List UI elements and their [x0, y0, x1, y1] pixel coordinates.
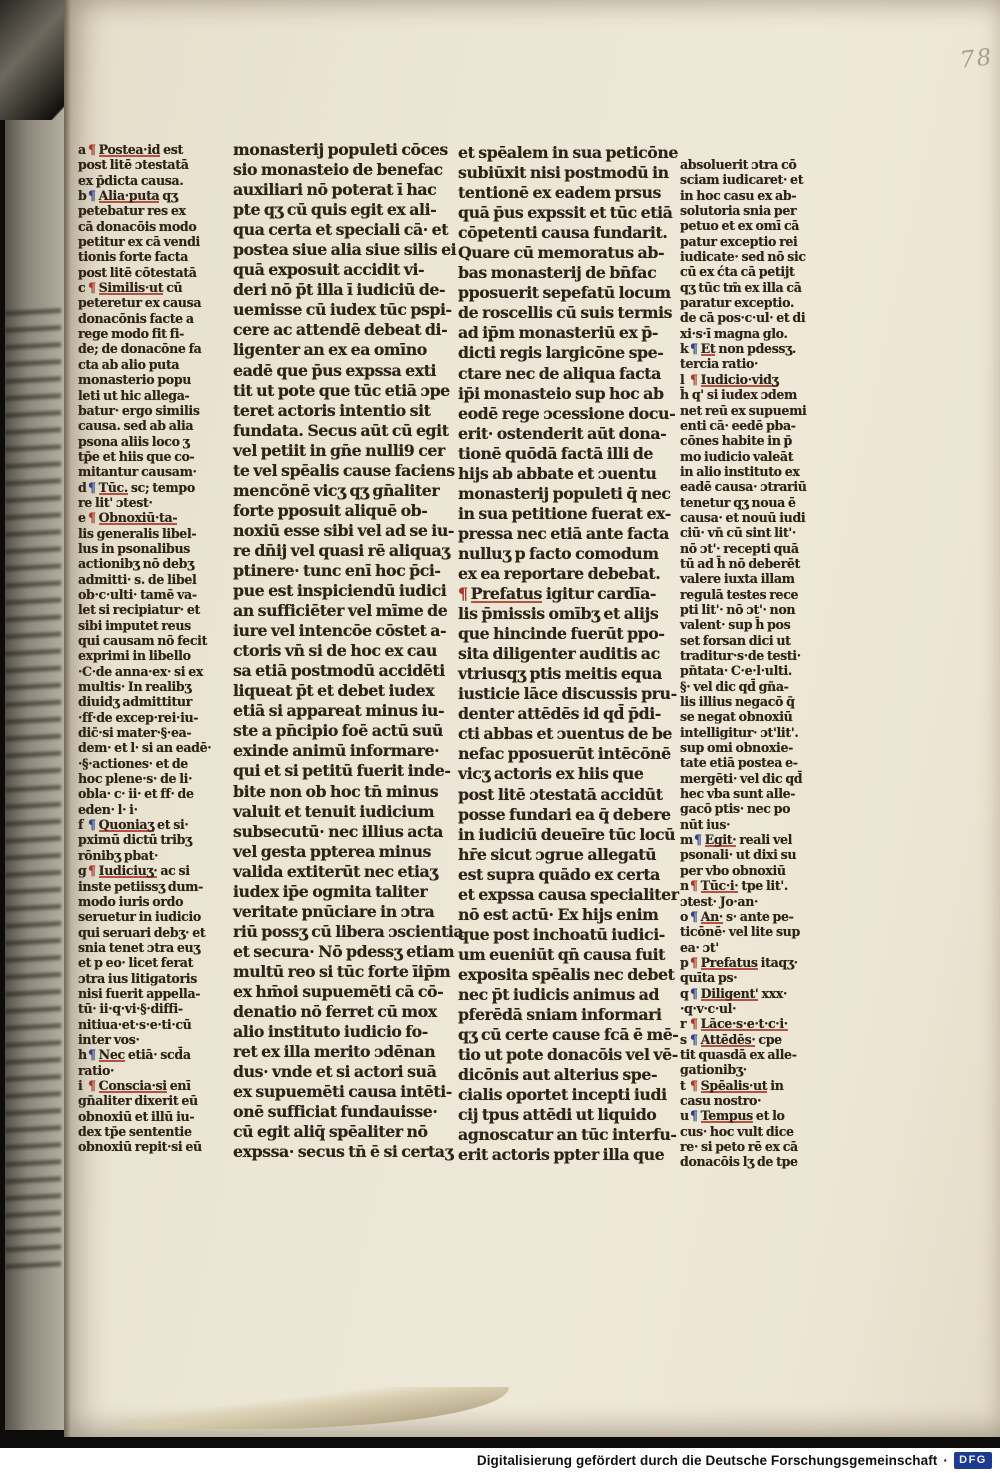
- line-text: et p eo· licet ferat: [78, 955, 193, 970]
- pilcrow-icon: ¶: [690, 341, 698, 356]
- line-text: admitti· s. de libel: [78, 572, 197, 587]
- text-line: dus· vnde et si actori suā: [233, 1062, 435, 1082]
- line-text: etiā si appareat minus iu-: [233, 701, 444, 720]
- pilcrow-icon: ¶: [694, 832, 702, 847]
- text-line: auxiliari nō poterat ī hac: [233, 180, 435, 200]
- line-text: tate etiā postea e-: [680, 755, 798, 770]
- footer-credit-text: Digitalisierung gefördert durch die Deut…: [477, 1453, 938, 1468]
- text-line: hijs ab abbate et ɔuentu: [458, 464, 660, 484]
- line-text: teret actoris intentio sit: [233, 401, 430, 420]
- text-line: rōnibʒ pbat·: [78, 848, 190, 863]
- line-text: modo iuris ordo: [78, 894, 183, 909]
- text-line: obla· c· ii· et ff· de: [78, 786, 190, 801]
- line-text: net reū ex supuemi: [680, 403, 807, 418]
- line-text: cere ac attendē debeat di-: [233, 320, 447, 339]
- pilcrow-icon: ¶: [690, 955, 698, 970]
- text-line: post litē cōtestatā: [78, 265, 190, 280]
- line-text: pn̄tata· C·e·l·ulti.: [680, 663, 792, 678]
- text-line: let si recipiatur· et: [78, 602, 190, 617]
- text-line: iudex ip̄e ogmita taliter: [233, 882, 435, 902]
- text-line: expssa· secus tn̄ ē si certaʒ: [233, 1142, 435, 1162]
- pilcrow-icon: ¶: [88, 1078, 96, 1093]
- margin-letter: e: [78, 510, 87, 525]
- line-text: tentionē ex eadem prsus: [458, 183, 661, 202]
- margin-letter: m: [680, 832, 693, 847]
- line-text: pferēdā sniam informari: [458, 1005, 662, 1024]
- text-line: r¶Lāce·s·e·t·c·i·: [680, 1016, 840, 1031]
- line-text: ex hm̄oi supuemēti cā cō-: [233, 982, 443, 1001]
- line-text: Spēalis·ut in: [701, 1078, 784, 1093]
- line-text: um eueniūt qn̄ causa fuit: [458, 945, 665, 964]
- lemma-word: Nec: [99, 1047, 125, 1062]
- line-text: deri nō p̄t illa ī iudiciū de-: [233, 280, 445, 299]
- text-line: tio ut pote donacōis vel vē-: [458, 1045, 660, 1065]
- text-line: denter attēdēs id qd̄ p̄di-: [458, 704, 660, 724]
- text-line: ciū· vn̄ cū sint lit'·: [680, 525, 840, 540]
- line-text: regulā testes rece: [680, 587, 798, 602]
- line-text: eodē rege ɔcessione docu-: [458, 404, 675, 423]
- text-line: tit quasdā ex alle-: [680, 1047, 840, 1062]
- text-line: ex supuemēti causa intēti-: [233, 1082, 435, 1102]
- text-line: tentionē ex eadem prsus: [458, 183, 660, 203]
- margin-letter: p: [680, 955, 689, 970]
- margin-letter: i: [78, 1078, 87, 1093]
- line-text: de roscellis cū suis termis: [458, 303, 672, 322]
- line-text: §· vel dic qd̄ gn̄a-: [680, 679, 789, 694]
- line-text: absoluerit ɔtra cō: [680, 157, 796, 172]
- line-text: sibi imputet reus: [78, 618, 191, 633]
- text-line: casu nostro·: [680, 1093, 840, 1108]
- line-text: gationibʒ·: [680, 1062, 747, 1077]
- line-text: Iudicio·vidʒ: [701, 372, 779, 387]
- text-line: et spēalem in sua peticōne: [458, 143, 660, 163]
- line-text: mergēti· vel dic qd̄: [680, 771, 802, 786]
- text-line: ɔtest· Jo·an·: [680, 894, 840, 909]
- line-text: exposita spēalis nec debet: [458, 965, 674, 984]
- line-text: eadē causa· ɔtrariū: [680, 479, 807, 494]
- line-text: bite non ob hoc tn̄ minus: [233, 782, 438, 801]
- line-text: donacōnis facte a: [78, 311, 194, 326]
- text-line: batur· ergo similis: [78, 403, 190, 418]
- text-line: bas monasterij de bn̄fac: [458, 263, 660, 283]
- text-line: h̄ q' si iudex ɔdem: [680, 387, 840, 402]
- line-text: ·q·v·c·ul·: [680, 1001, 736, 1016]
- text-line: obnoxiū et illū iu-: [78, 1109, 190, 1124]
- line-text: mo iudicio valeāt: [680, 449, 793, 464]
- text-line: denatio nō ferret cū mox: [233, 1002, 435, 1022]
- text-line: ¶Prefatus igitur cardīa-: [458, 584, 660, 604]
- line-text: Similis·ut cū: [99, 280, 183, 295]
- text-line: c¶Similis·ut cū: [78, 280, 190, 295]
- line-text: solutoria snia per: [680, 203, 796, 218]
- text-line: iudicate· sed nō sic: [680, 249, 840, 264]
- line-text: et expssa causa specialiter: [458, 885, 679, 904]
- line-text: let si recipiatur· et: [78, 602, 200, 617]
- line-text: nulluʒ p facto comodum: [458, 544, 659, 563]
- text-line: nō est actū· Ex hijs enim: [458, 905, 660, 925]
- margin-letter: c: [78, 280, 87, 295]
- line-text: obla· c· ii· et ff· de: [78, 786, 194, 801]
- line-text: iure vel intencōe cōstet a-: [233, 621, 446, 640]
- line-text: obnoxiū repit·si eū: [78, 1139, 202, 1154]
- line-text: auxiliari nō poterat ī hac: [233, 180, 436, 199]
- line-text: quā p̄us expssit et tūc etiā: [458, 203, 672, 222]
- lemma-word: Prefatus: [471, 584, 542, 603]
- text-line: tercia ratio·: [680, 356, 840, 371]
- showthrough-text-smudge: [5, 305, 61, 1275]
- margin-letter: n: [680, 878, 689, 893]
- text-line: te vel spēalis cause faciens: [233, 461, 435, 481]
- text-line: lus in psonalibus: [78, 541, 190, 556]
- text-line: hr̄e sicut ɔgrue allegatū: [458, 845, 660, 865]
- line-text: Alia·puta qʒ: [99, 188, 178, 203]
- text-line: ret ex illa merito ɔdēnan: [233, 1042, 435, 1062]
- text-line: ea· ɔt': [680, 940, 840, 955]
- line-text: Attēdēs· cpe: [701, 1032, 782, 1047]
- line-text: gn̄aliter dixerit eū: [78, 1093, 198, 1108]
- pilcrow-icon: ¶: [88, 142, 96, 157]
- text-line: que hincinde fuerūt ppo-: [458, 624, 660, 644]
- text-line: ·C·de anna·ex· si ex: [78, 664, 190, 679]
- margin-letter: s: [680, 1032, 689, 1047]
- text-line: tp̄e et hiis que co-: [78, 449, 190, 464]
- line-text: liqueat p̄t et debet iudex: [233, 681, 434, 700]
- text-line: Quare cū memoratus ab-: [458, 243, 660, 263]
- line-text: lis generalis libel-: [78, 526, 196, 541]
- text-line: ·§·actiones· et de: [78, 756, 190, 771]
- text-line: qʒ cū certe cause fcā ē mē-: [458, 1025, 660, 1045]
- text-line: ip̄i monasteio sup hoc ab: [458, 384, 660, 404]
- pilcrow-icon: ¶: [88, 510, 96, 525]
- text-line: pximū dictū tribʒ: [78, 832, 190, 847]
- line-text: pressa nec etiā ante facta: [458, 524, 669, 543]
- line-text: cij tpus attēdi ut liquido: [458, 1105, 656, 1124]
- text-line: ·ff·de excep·rei·iu-: [78, 710, 190, 725]
- line-text: Et non pdessʒ.: [701, 341, 796, 356]
- text-line: tionis forte facta: [78, 249, 190, 264]
- folio-number: 78: [959, 44, 995, 73]
- gloss-column-right: absoluerit ɔtra cōsciam iudicaret· etin …: [680, 157, 840, 1170]
- line-text: est supra quādo ex certa: [458, 865, 660, 884]
- text-line: seruetur in iudicio: [78, 909, 190, 924]
- text-line: an sufficiēter vel mīme de: [233, 601, 435, 621]
- line-text: Tūc·i· tpe lit'.: [701, 878, 788, 893]
- line-text: noxiū esse sibi vel ad se iu-: [233, 521, 454, 540]
- line-text: causa. sed ab alia: [78, 418, 193, 433]
- line-text: ret ex illa merito ɔdēnan: [233, 1042, 435, 1061]
- line-text: eadē que p̄us expssa exti: [233, 361, 436, 380]
- text-line: monasterij populeti cōces: [233, 140, 435, 160]
- line-text: nō est actū· Ex hijs enim: [458, 905, 658, 924]
- line-text: actionibʒ nō debʒ: [78, 556, 194, 571]
- text-line: q¶Diligent' xxx·: [680, 986, 840, 1001]
- text-line: nec p̄t iudicis animus ad: [458, 985, 660, 1005]
- text-line: erit actoris ppter illa que: [458, 1145, 660, 1165]
- lemma-word: Diligent': [701, 986, 759, 1001]
- text-line: m¶Egit· reali vel: [680, 832, 840, 847]
- line-text: An· s· ante pe-: [701, 909, 794, 924]
- line-text: qʒ cū certe cause fcā ē mē-: [458, 1025, 678, 1044]
- line-text: ctoris vn̄ si de hoc ex cau: [233, 641, 437, 660]
- line-text: vtriusqʒ ptis meitis equa: [458, 664, 662, 683]
- lemma-word: Prefatus: [701, 955, 758, 970]
- line-text: petitur ex cā vendi: [78, 234, 200, 249]
- text-line: pte qʒ cū quis egit ex ali-: [233, 200, 435, 220]
- text-line: dicti regis largicōne spe-: [458, 343, 660, 363]
- margin-letter: h: [78, 1047, 87, 1062]
- text-line: gn̄aliter dixerit eū: [78, 1093, 190, 1108]
- line-text: fundata. Secus aūt cū egit: [233, 421, 449, 440]
- line-text: valida extiterūt nec etiaʒ: [233, 862, 438, 881]
- line-text: ex p̄dicta causa.: [78, 173, 183, 188]
- line-text: ex ea reportare debebat.: [458, 564, 660, 583]
- text-line: s¶Attēdēs· cpe: [680, 1032, 840, 1047]
- line-text: ratio·: [78, 1063, 114, 1078]
- line-text: inste petiissʒ dum-: [78, 879, 203, 894]
- line-text: dus· vnde et si actori suā: [233, 1062, 436, 1081]
- text-line: g¶Iudiciuʒ· ac si: [78, 863, 190, 878]
- line-text: post litē ɔtestatā: [78, 157, 189, 172]
- text-line: cij tpus attēdi ut liquido: [458, 1105, 660, 1125]
- text-line: et expssa causa specialiter: [458, 885, 660, 905]
- text-line: tate etiā postea e-: [680, 755, 840, 770]
- pilcrow-icon: ¶: [690, 372, 698, 387]
- text-line: qua certa et speciali cā· et: [233, 220, 435, 240]
- text-line: et p eo· licet ferat: [78, 955, 190, 970]
- gutter-shadow: [64, 0, 71, 1437]
- text-line: paratur exceptio.: [680, 295, 840, 310]
- line-text: multū reo si tūc forte īip̄m: [233, 962, 450, 981]
- line-text: patur exceptio rei: [680, 234, 797, 249]
- text-line: traditur·s·de testi·: [680, 648, 840, 663]
- line-text: cū ex ćta cā petijt: [680, 264, 795, 279]
- text-line: lis illius negacō q̄: [680, 694, 840, 709]
- text-line: xi·s·ī magna glo.: [680, 326, 840, 341]
- line-text: set forsan dici ut: [680, 633, 791, 648]
- line-text: Prefatus igitur cardīa-: [471, 584, 656, 603]
- line-text: Nec etiā· scd̄a: [99, 1047, 191, 1062]
- text-line: quā exposuit accidit vi-: [233, 260, 435, 280]
- line-text: nitiua·et·s·e·ti·cū: [78, 1017, 192, 1032]
- text-line: riū possʒ cū libera ɔscientia: [233, 922, 435, 942]
- line-text: ciū· vn̄ cū sint lit'·: [680, 525, 796, 540]
- text-line: ctoris vn̄ si de hoc ex cau: [233, 641, 435, 661]
- text-line: deri nō p̄t illa ī iudiciū de-: [233, 280, 435, 300]
- text-line: liqueat p̄t et debet iudex: [233, 681, 435, 701]
- text-line: posse fundari ea q̄ debere: [458, 805, 660, 825]
- text-line: nefac pposuerūt intēcōnē: [458, 744, 660, 764]
- text-line: inste petiissʒ dum-: [78, 879, 190, 894]
- line-text: mitantur causam·: [78, 464, 197, 479]
- text-line: qui causam nō fecit: [78, 633, 190, 648]
- line-text: Postea·id est: [99, 142, 183, 157]
- line-text: Egit· reali vel: [705, 832, 792, 847]
- pilcrow-icon: ¶: [88, 1047, 96, 1062]
- line-text: qui seruari debʒ· et: [78, 925, 205, 940]
- text-line: nisi fuerit appella-: [78, 986, 190, 1001]
- line-text: que hincinde fuerūt ppo-: [458, 624, 664, 643]
- text-line: set forsan dici ut: [680, 633, 840, 648]
- text-line: qui seruari debʒ· et: [78, 925, 190, 940]
- text-column-left: monasterij populeti cōcessio monasteio d…: [233, 140, 435, 1162]
- line-text: alio instituto iudicio fo-: [233, 1022, 428, 1041]
- text-line: e¶Obnoxiū·ta-: [78, 510, 190, 525]
- line-text: cus· hoc vult dice: [680, 1124, 794, 1139]
- text-line: veritate pnūciare in ɔtra: [233, 902, 435, 922]
- line-text: qui et si petitū fuerit inde-: [233, 761, 451, 780]
- line-text: monasterio popu: [78, 372, 191, 387]
- line-text: pposuerit sepefatū locum: [458, 283, 671, 302]
- text-line: hoc plene·s· de li·: [78, 771, 190, 786]
- line-text: iudicate· sed nō sic: [680, 249, 806, 264]
- line-text: donacōis lʒ de tpe: [680, 1154, 798, 1169]
- line-text: ob·c·ulti· tamē va-: [78, 587, 197, 602]
- text-line: mergēti· vel dic qd̄: [680, 771, 840, 786]
- pilcrow-icon: ¶: [88, 480, 96, 495]
- line-text: se negat obnoxiū: [680, 709, 792, 724]
- line-text: eden· l· i·: [78, 802, 138, 817]
- line-text: vicʒ actoris ex hiis que: [458, 764, 644, 783]
- text-line: valida extiterūt nec etiaʒ: [233, 862, 435, 882]
- margin-letter: r: [680, 1016, 689, 1031]
- text-line: quīta ps·: [680, 970, 840, 985]
- line-text: in alio instituto ex: [680, 464, 800, 479]
- line-text: pue est inspiciendū iudici: [233, 581, 446, 600]
- text-line: gationibʒ·: [680, 1062, 840, 1077]
- text-line: cus· hoc vult dice: [680, 1124, 840, 1139]
- text-line: post litē ɔtestatā accidūt: [458, 785, 660, 805]
- line-text: subiūxit nisi postmodū in: [458, 163, 669, 182]
- text-line: tenetur qʒ noua ē: [680, 495, 840, 510]
- line-text: ɔtra ius litigatoris: [78, 971, 197, 986]
- digitization-footer: Digitalisierung gefördert durch die Deut…: [0, 1448, 1000, 1473]
- text-line: petuo et ex omī cā: [680, 218, 840, 233]
- text-line: lis p̄missis omībʒ et alijs: [458, 604, 660, 624]
- text-line: agnoscatur an tūc interfu-: [458, 1125, 660, 1145]
- text-line: l¶Iudicio·vidʒ: [680, 372, 840, 387]
- dfg-logo: DFG: [954, 1452, 992, 1469]
- text-line: cā donacōis modo: [78, 219, 190, 234]
- line-text: in sua petitione fuerat ex-: [458, 504, 671, 523]
- line-text: re dn̄ij vel quasi rē aliquaʒ: [233, 541, 450, 560]
- line-text: gacō ptis· nec po: [680, 801, 790, 816]
- line-text: Iudiciuʒ· ac si: [99, 863, 190, 878]
- pilcrow-icon: ¶: [690, 1016, 698, 1031]
- text-line: u¶Tempus et lo: [680, 1108, 840, 1123]
- text-line: iusticie lāce discussis pru-: [458, 684, 660, 704]
- line-text: nec p̄t iudicis animus ad: [458, 985, 659, 1004]
- line-text: per vbo obnoxiū: [680, 863, 786, 878]
- text-line: quā p̄us expssit et tūc etiā: [458, 203, 660, 223]
- scan-photo: 78 a¶Postea·id estpost litē ɔtestatāex p…: [0, 0, 1000, 1448]
- text-column-right: et spēalem in sua peticōnesubiūxit nisi …: [458, 143, 660, 1165]
- line-text: Conscia·si enī: [99, 1078, 191, 1093]
- text-line: iure vel intencōe cōstet a-: [233, 621, 435, 641]
- text-line: leti ut hic allega-: [78, 388, 190, 403]
- line-text: nisi fuerit appella-: [78, 986, 200, 1001]
- line-text: uemisse cū iudex tūc pspi-: [233, 300, 452, 319]
- line-text: riū possʒ cū libera ɔscientia: [233, 922, 463, 941]
- text-line: postea siue alia siue silis ei: [233, 240, 435, 260]
- text-line: admitti· s. de libel: [78, 572, 190, 587]
- text-line: peteretur ex causa: [78, 295, 190, 310]
- line-text: vel gesta ppterea minus: [233, 842, 431, 861]
- line-text: quā exposuit accidit vi-: [233, 260, 424, 279]
- text-line: de roscellis cū suis termis: [458, 303, 660, 323]
- text-line: eadē causa· ɔtrariū: [680, 479, 840, 494]
- lemma-word: Alia·puta: [99, 188, 160, 203]
- line-text: multis· In realibʒ: [78, 679, 191, 694]
- pilcrow-icon: ¶: [690, 878, 698, 893]
- line-text: tionē quōdā factā illi de: [458, 444, 653, 463]
- text-line: cū ex ćta cā petijt: [680, 264, 840, 279]
- line-text: sio monasteio de benefac: [233, 160, 443, 179]
- page-curl: [79, 1387, 509, 1429]
- line-text: mencōnē vicʒ qʒ gn̄aliter: [233, 481, 439, 500]
- text-line: in hoc casu ex ab-: [680, 188, 840, 203]
- text-line: o¶An· s· ante pe-: [680, 909, 840, 924]
- line-text: cā donacōis modo: [78, 219, 196, 234]
- text-line: de; de donacōne fa: [78, 341, 190, 356]
- line-text: post litē ɔtestatā accidūt: [458, 785, 663, 804]
- text-line: absoluerit ɔtra cō: [680, 157, 840, 172]
- line-text: peteretur ex causa: [78, 295, 201, 310]
- line-text: exprimi in libello: [78, 648, 191, 663]
- line-text: exinde animū informare·: [233, 741, 439, 760]
- line-text: sa etiā postmodū accidēti: [233, 661, 445, 680]
- text-line: petebatur res ex: [78, 203, 190, 218]
- line-text: ligenter an ex ea omīno: [233, 340, 427, 359]
- text-line: pressa nec etiā ante facta: [458, 524, 660, 544]
- line-text: ɔtest· Jo·an·: [680, 894, 758, 909]
- line-text: sciam iudicaret· et: [680, 172, 803, 187]
- line-text: posse fundari ea q̄ debere: [458, 805, 671, 824]
- margin-letter: k: [680, 341, 689, 356]
- line-text: de; de donacōne fa: [78, 341, 201, 356]
- lemma-word: Tūc·i·: [701, 878, 739, 893]
- text-line: cōpetenti causa fundarit.: [458, 223, 660, 243]
- line-text: valent· sup h̄ pos: [680, 617, 790, 632]
- pilcrow-icon: ¶: [88, 817, 96, 832]
- line-text: qʒ tūc tm̄ ex illa cā: [680, 280, 802, 295]
- line-text: psona aliis loco ʒ: [78, 434, 189, 449]
- line-text: cialis oportet incepti iudi: [458, 1085, 667, 1104]
- line-text: causa· et nouū iudi: [680, 510, 805, 525]
- pilcrow-icon: ¶: [88, 863, 96, 878]
- line-text: ctare nec de aliqua facta: [458, 364, 661, 383]
- line-text: valuit et tenuit iudicium: [233, 802, 434, 821]
- text-line: que post inchoatū iudici-: [458, 925, 660, 945]
- line-text: traditur·s·de testi·: [680, 648, 801, 663]
- text-line: causa. sed ab alia: [78, 418, 190, 433]
- text-line: t¶Spēalis·ut in: [680, 1078, 840, 1093]
- text-line: psonali· ut dixi su: [680, 847, 840, 862]
- line-text: lis p̄missis omībʒ et alijs: [458, 604, 658, 623]
- lemma-word: Tūc.: [99, 480, 128, 495]
- line-text: pti lit'· nō ɔt'· non: [680, 602, 795, 617]
- line-text: tū· ii·q·vi·§·diffi-: [78, 1001, 183, 1016]
- line-text: post litē cōtestatā: [78, 265, 197, 280]
- text-line: eadē que p̄us expssa exti: [233, 361, 435, 381]
- text-line: ad ip̄m monasteriū ex p̄-: [458, 323, 660, 343]
- text-line: ·q·v·c·ul·: [680, 1001, 840, 1016]
- text-line: re lit' ɔtest·: [78, 495, 190, 510]
- text-line: in iudiciū deueīre tūc locū: [458, 825, 660, 845]
- line-text: ·§·actiones· et de: [78, 756, 188, 771]
- text-line: mo iudicio valeāt: [680, 449, 840, 464]
- line-text: tenetur qʒ noua ē: [680, 495, 796, 510]
- text-line: sa etiā postmodū accidēti: [233, 661, 435, 681]
